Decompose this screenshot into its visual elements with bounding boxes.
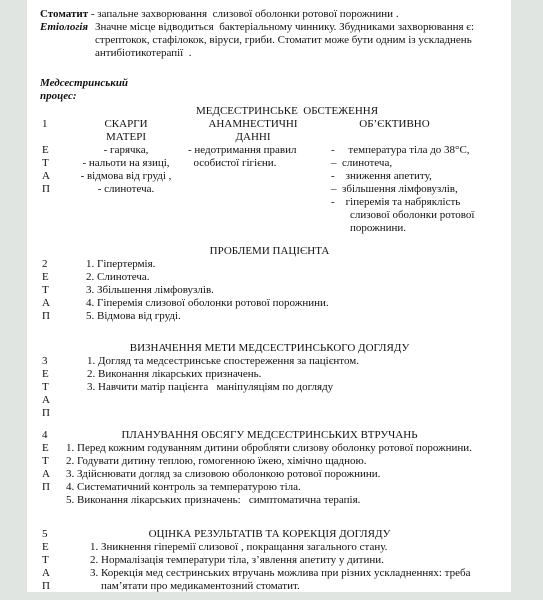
stage-letter: А [42,170,66,183]
stage-5-marker: Е Т А П [40,541,66,592]
list-item: - гарячка, [66,144,186,157]
list-item: - нальоти на язиці, [66,157,186,170]
stage-letter: П [42,310,66,323]
stage-1-section: МЕДСЕСТРИНСЬКЕ ОБСТЕЖЕННЯ 1 Е Т А П СКАР… [40,105,499,235]
interventions-list: 1. Перед кожним годуванням дитини обробл… [66,442,499,507]
document-page: Стоматит - запальне захворювання слизово… [27,0,511,592]
stage-letter: А [42,468,66,481]
etiology-row: Етіологія Значне місце відводиться бакте… [40,21,499,60]
list-item: 2. Годувати дитину теплою, гомогенною їж… [66,455,499,468]
list-item: 4. Систематичний контроль за температуро… [66,481,499,494]
list-item: - слинотеча. [66,183,186,196]
etiology-text: Значне місце відводиться бактеріальному … [95,21,499,60]
stage-letter: Т [42,381,66,394]
stage-5-section: 5 ОЦІНКА РЕЗУЛЬТАТІВ ТА КОРЕКЦІЯ ДОГЛЯДУ… [40,528,499,592]
stage-number: 5 [42,528,48,541]
column-complaints: СКАРГИ МАТЕРІ - гарячка, - нальоти на яз… [66,118,186,235]
list-item: 5. Відмова від груді. [86,310,499,323]
list-item: - недотримання правил особистої гігієни. [186,144,320,170]
stage-letter: Т [42,284,66,297]
list-item: - температура тіла до 38°С, [320,144,499,157]
stage-4-marker: Е Т А П [40,442,66,507]
stage-letter: Т [42,157,66,170]
list-item: 5. Виконання лікарських призначень: симп… [66,494,499,507]
list-item: - зниження апетиту, [320,170,499,183]
stage-letter: П [42,183,66,196]
list-item: 1. Перед кожним годуванням дитини обробл… [66,442,499,455]
column-header-objective: ОБ’ЄКТИВНО [320,118,499,131]
stage-letter: А [42,567,66,580]
stage-letter: Т [42,455,66,468]
stage-number: 4 [42,429,48,442]
stage-1-heading: МЕДСЕСТРИНСЬКЕ ОБСТЕЖЕННЯ [40,105,499,118]
term-title: Стоматит [40,8,88,20]
column-objective: ОБ’ЄКТИВНО - температура тіла до 38°С, –… [320,118,499,235]
evaluation-list: 1. Зникнення гіперемії слизової , покращ… [66,541,499,592]
list-item: 3. Збільшення лімфовузлів. [86,284,499,297]
list-item: - гіперемія та набряклість слизової обол… [320,196,499,235]
stage-letter: Е [42,271,66,284]
list-item: 1. Догляд та медсестринське спостереженн… [87,355,499,368]
stage-3-marker: 3 Е Т А П [40,355,66,420]
stage-5-heading-row: 5 ОЦІНКА РЕЗУЛЬТАТІВ ТА КОРЕКЦІЯ ДОГЛЯДУ [40,528,499,541]
list-item: 2. Виконання лікарських призначень. [87,368,499,381]
stage-letter: П [42,407,66,420]
stage-letter: П [42,481,66,494]
list-item: - відмова від груді , [66,170,186,183]
stage-2-heading: ПРОБЛЕМИ ПАЦІЄНТА [40,245,499,258]
stage-letter: Т [42,554,66,567]
process-label: Медсестринський процес: [40,77,152,103]
stage-letter: А [42,297,66,310]
list-item: 1. Гіпертермія. [86,258,499,271]
stage-3-heading: ВИЗНАЧЕННЯ МЕТИ МЕДСЕСТРИНСЬКОГО ДОГЛЯДУ [40,342,499,355]
list-item: 2. Слинотеча. [86,271,499,284]
stage-2-marker: 2 Е Т А П [40,258,66,323]
stage-number: 3 [42,355,66,368]
column-anamnesis: АНАМНЕСТИЧНІ ДАННІ - недотримання правил… [186,118,320,235]
stage-letter: Е [42,368,66,381]
list-item: – збільшення лімфовузлів, [320,183,499,196]
list-item: 3. Навчити матір пацієнта маніпуляціям п… [87,381,499,394]
stage-5-heading: ОЦІНКА РЕЗУЛЬТАТІВ ТА КОРЕКЦІЯ ДОГЛЯДУ [40,528,499,541]
stage-number: 1 [42,118,66,131]
stage-number: 2 [42,258,66,271]
goals-list: 1. Догляд та медсестринське спостереженн… [66,355,499,420]
stage-4-heading: ПЛАНУВАННЯ ОБСЯГУ МЕДСЕСТРИНСЬКИХ ВТРУЧА… [40,429,499,442]
stage-4-heading-row: 4 ПЛАНУВАННЯ ОБСЯГУ МЕДСЕСТРИНСЬКИХ ВТРУ… [40,429,499,442]
intro-line: Стоматит - запальне захворювання слизово… [40,8,499,21]
stage-2-section: ПРОБЛЕМИ ПАЦІЄНТА 2 Е Т А П 1. Гіпертерм… [40,245,499,323]
column-header-anamnesis: АНАМНЕСТИЧНІ ДАННІ [186,118,320,144]
stage-letter: П [42,580,66,592]
stage-letter: Е [42,144,66,157]
list-item: – слинотеча, [320,157,499,170]
list-item: 1. Зникнення гіперемії слизової , покращ… [90,541,499,554]
list-item: 2. Нормалізація температури тіла, з’явле… [90,554,499,567]
examination-table: 1 Е Т А П СКАРГИ МАТЕРІ - гарячка, - нал… [40,118,499,235]
list-item: 4. Гіперемія слизової оболонки ротової п… [86,297,499,310]
stage-4-section: 4 ПЛАНУВАННЯ ОБСЯГУ МЕДСЕСТРИНСЬКИХ ВТРУ… [40,429,499,507]
stage-letter: Е [42,442,66,455]
stage-3-section: ВИЗНАЧЕННЯ МЕТИ МЕДСЕСТРИНСЬКОГО ДОГЛЯДУ… [40,342,499,420]
problems-list: 1. Гіпертермія. 2. Слинотеча. 3. Збільше… [66,258,499,323]
term-definition: - запальне захворювання слизової оболонк… [91,8,399,20]
list-item: 3. Корекція мед сестринських втручань мо… [90,567,499,592]
etiology-label: Етіологія [40,21,95,60]
column-header-complaints: СКАРГИ МАТЕРІ [66,118,186,144]
stage-letter: Е [42,541,66,554]
stage-1-marker: 1 Е Т А П [40,118,66,235]
list-item: 3. Здійснювати догляд за слизовою оболон… [66,468,499,481]
stage-letter: А [42,394,66,407]
